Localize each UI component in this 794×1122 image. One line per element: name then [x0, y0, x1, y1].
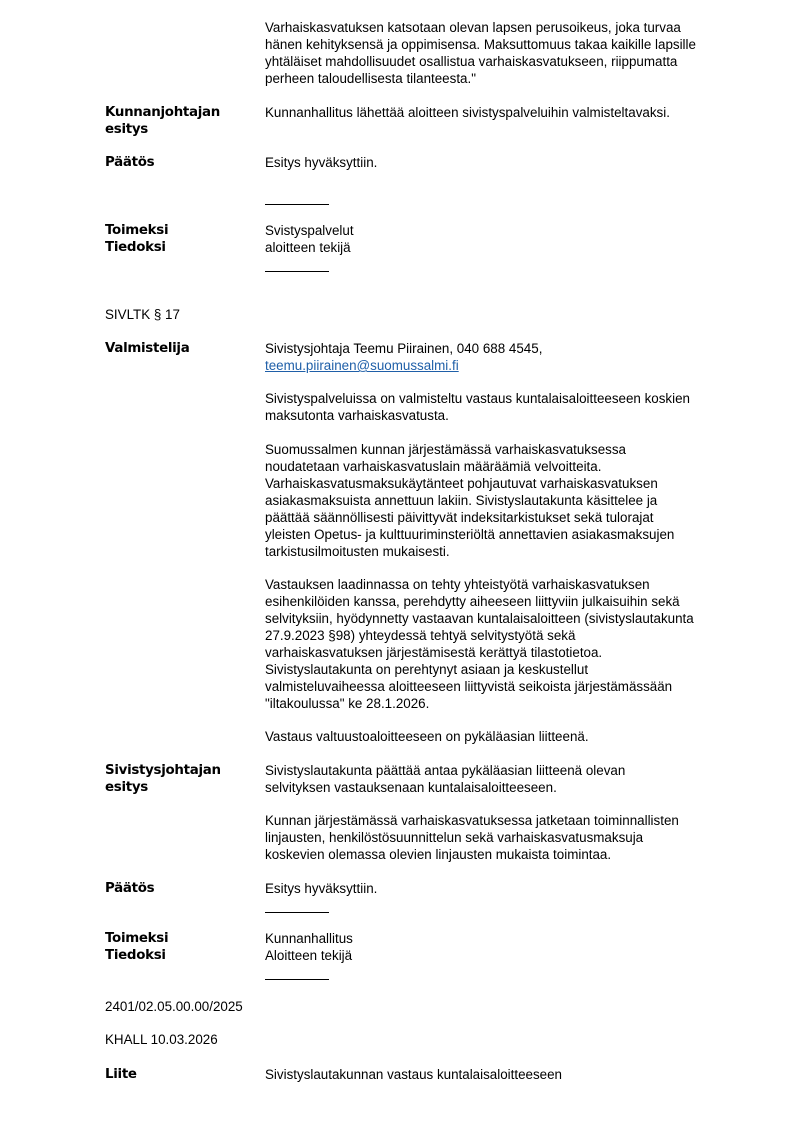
- paragraph-2: Suomussalmen kunnan järjestämässä varhai…: [265, 441, 740, 560]
- mayor-proposal-label: Kunnanjohtajan esitys: [105, 104, 220, 138]
- text-line: selvityksen vastauksenaan kuntalaisaloit…: [265, 779, 740, 796]
- diary-number: 2401/02.05.00.00/2025: [105, 998, 243, 1015]
- text-line: maksutonta varhaiskasvatusta.: [265, 407, 740, 424]
- text-line: Vastauksen laadinnassa on tehty yhteisty…: [265, 576, 740, 593]
- text-line: tarkistusilmoitusten mukaisesti.: [265, 543, 740, 560]
- preparer-info: Sivistysjohtaja Teemu Piirainen, 040 688…: [265, 340, 740, 374]
- preparer-text: Sivistysjohtaja Teemu Piirainen, 040 688…: [265, 340, 740, 357]
- document-page: Varhaiskasvatuksen katsotaan olevan laps…: [0, 0, 794, 1122]
- text-line: hänen kehityksensä ja oppimisensa. Maksu…: [265, 36, 740, 53]
- divider-rule: [265, 912, 329, 913]
- text-line: perheen taloudellisesta tilanteesta.": [265, 70, 740, 87]
- divider-rule: [265, 271, 329, 272]
- director-proposal-paragraph-2: Kunnan järjestämässä varhaiskasvatuksess…: [265, 812, 740, 863]
- text-line: Sivistyspalveluissa on valmisteltu vasta…: [265, 390, 740, 407]
- text-line: yleisten Opetus- ja kulttuuriminsteriölt…: [265, 526, 740, 543]
- section-reference: KHALL 10.03.2026: [105, 1031, 218, 1048]
- text-line: asiakasmaksuista annettuun lakiin. Sivis…: [265, 492, 740, 509]
- toimeksi-value: Kunnanhallitus: [265, 930, 740, 947]
- text-line: valmisteluvaiheessa aloitteeseen liittyv…: [265, 678, 740, 695]
- attachment-text: Sivistyslautakunnan vastaus kuntalaisalo…: [265, 1066, 740, 1083]
- text-line: Varhaiskasvatusmaksukäytänteet pohjautuv…: [265, 475, 740, 492]
- text-line: Kunnan järjestämässä varhaiskasvatuksess…: [265, 812, 740, 829]
- tiedoksi-value: Aloitteen tekijä: [265, 947, 740, 964]
- label-line: esitys: [105, 779, 221, 796]
- text-line: Sivistyslautakunta on perehtynyt asiaan …: [265, 661, 740, 678]
- text-line: esihenkilöiden kanssa, perehdytty aihees…: [265, 593, 740, 610]
- quote-paragraph: Varhaiskasvatuksen katsotaan olevan laps…: [265, 19, 740, 87]
- text-line: yhtäläiset mahdollisuudet osallistua var…: [265, 53, 740, 70]
- director-proposal-paragraph-1: Sivistyslautakunta päättää antaa pykäläa…: [265, 762, 740, 796]
- label-line: Sivistysjohtajan: [105, 762, 221, 779]
- text-line: Varhaiskasvatuksen katsotaan olevan laps…: [265, 19, 740, 36]
- section-reference: SIVLTK § 17: [105, 306, 180, 323]
- director-proposal-label: Sivistysjohtajan esitys: [105, 762, 221, 796]
- divider-rule: [265, 979, 329, 980]
- text-line: Sivistyslautakunta päättää antaa pykäläa…: [265, 762, 740, 779]
- tiedoksi-label: Tiedoksi: [105, 239, 166, 256]
- decision-label: Päätös: [105, 154, 154, 171]
- text-line: noudatetaan varhaiskasvatuslain määräämi…: [265, 458, 740, 475]
- text-line: selvityksiin, hyödynnetty vastaavan kunt…: [265, 610, 740, 627]
- decision-text: Esitys hyväksyttiin.: [265, 154, 740, 171]
- label-line: Kunnanjohtajan: [105, 104, 220, 121]
- paragraph-4: Vastaus valtuustoaloitteeseen on pykäläa…: [265, 728, 740, 745]
- toimeksi-label: Toimeksi: [105, 222, 168, 239]
- tiedoksi-value: aloitteen tekijä: [265, 239, 740, 256]
- paragraph-1: Sivistyspalveluissa on valmisteltu vasta…: [265, 390, 740, 424]
- preparer-email-link[interactable]: teemu.piirainen@suomussalmi.fi: [265, 358, 459, 373]
- mayor-proposal-text: Kunnanhallitus lähettää aloitteen sivist…: [265, 104, 740, 121]
- toimeksi-label: Toimeksi: [105, 930, 168, 947]
- paragraph-3: Vastauksen laadinnassa on tehty yhteisty…: [265, 576, 740, 712]
- divider-rule: [265, 204, 329, 205]
- label-line: esitys: [105, 121, 220, 138]
- text-line: Vastaus valtuustoaloitteeseen on pykäläa…: [265, 728, 740, 745]
- text-line: varhaiskasvatuksen järjestämisestä kerät…: [265, 644, 740, 661]
- tiedoksi-label: Tiedoksi: [105, 947, 166, 964]
- text-line: "iltakoulussa" ke 28.1.2026.: [265, 695, 740, 712]
- attachment-label: Liite: [105, 1066, 137, 1083]
- preparer-label: Valmistelija: [105, 340, 189, 357]
- decision-label: Päätös: [105, 880, 154, 897]
- toimeksi-value: Svistyspalvelut: [265, 222, 740, 239]
- text-line: päättää säännöllisesti päivittyvät indek…: [265, 509, 740, 526]
- text-line: 27.9.2023 §98) yhteydessä tehtyä selvity…: [265, 627, 740, 644]
- text-line: Suomussalmen kunnan järjestämässä varhai…: [265, 441, 740, 458]
- decision-text: Esitys hyväksyttiin.: [265, 880, 740, 897]
- text-line: linjausten, henkilöstösuunnittelun sekä …: [265, 829, 740, 846]
- text-line: koskevien olemassa olevien linjausten mu…: [265, 846, 740, 863]
